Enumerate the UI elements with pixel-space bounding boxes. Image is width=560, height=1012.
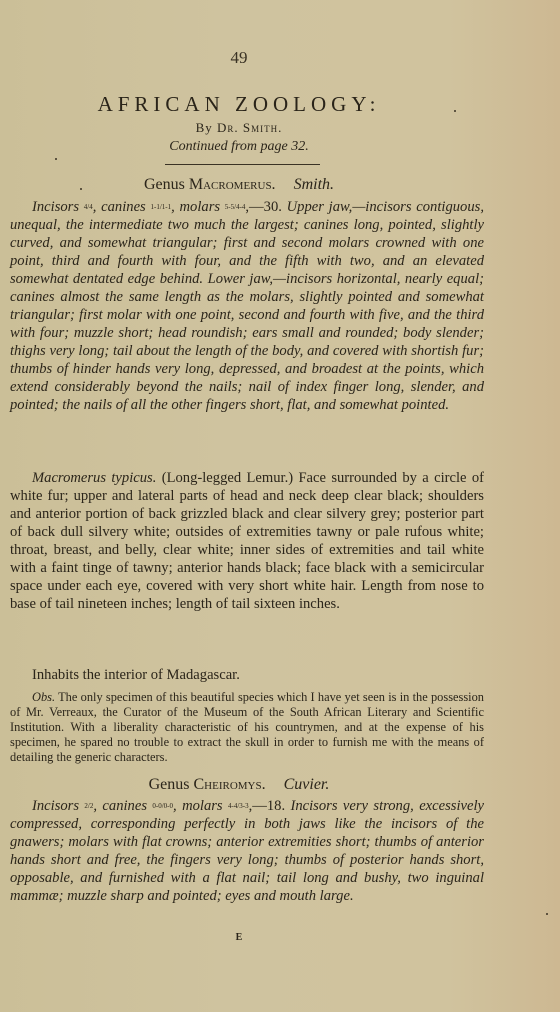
cheiromys-generic-characters: Incisors 2/2, canines 0-0/0-0, molars 4-… bbox=[10, 797, 484, 905]
generic-description: Incisors very strong, excessively compre… bbox=[10, 798, 484, 904]
tooth-total: ,—18. bbox=[249, 798, 285, 814]
generic-description: Upper jaw,—incisors contiguous, unequal,… bbox=[10, 199, 484, 413]
incisors-formula: 2/2 bbox=[84, 803, 93, 810]
genus-heading-cheiromys: Genus Cheiromys. Cuvier. bbox=[0, 776, 478, 794]
print-speck bbox=[80, 188, 82, 190]
genus-label: Genus bbox=[144, 176, 185, 193]
genus-label: Genus bbox=[149, 776, 190, 793]
incisors-label: Incisors bbox=[32, 798, 79, 814]
print-speck bbox=[546, 913, 548, 915]
signature-mark: E bbox=[0, 932, 478, 943]
print-speck bbox=[55, 158, 57, 160]
species-habitat: Inhabits the interior of Madagascar. bbox=[10, 666, 484, 684]
genus-authority: Cuvier. bbox=[284, 776, 330, 793]
tooth-total: ,—30. bbox=[245, 199, 281, 215]
canines-formula: 0-0/0-0 bbox=[152, 803, 173, 810]
molars-label: molars bbox=[180, 199, 221, 215]
species-text: Face surrounded by a circle of white fur… bbox=[10, 470, 484, 612]
observation-note: Obs. The only specimen of this beautiful… bbox=[10, 690, 484, 765]
book-page: 49 AFRICAN ZOOLOGY: By Dr. Smith. Contin… bbox=[0, 0, 560, 1012]
title-divider bbox=[165, 164, 320, 165]
obs-text: The only specimen of this beautiful spec… bbox=[10, 690, 484, 764]
species-name: Macromerus typicus. bbox=[32, 470, 156, 486]
genus-name: Macromerus. bbox=[189, 176, 276, 193]
species-description: Macromerus typicus. (Long-legged Lemur.)… bbox=[10, 469, 484, 613]
macromerus-generic-characters: Incisors 4/4, canines 1-1/1-1, molars 5-… bbox=[10, 198, 484, 414]
habitat-text: Inhabits the interior of Madagascar. bbox=[32, 667, 240, 683]
species-common-name: (Long-legged Lemur.) bbox=[162, 470, 293, 486]
continued-note: Continued from page 32. bbox=[0, 139, 478, 155]
byline-prefix: By bbox=[196, 120, 213, 135]
canines-label: canines bbox=[101, 199, 146, 215]
genus-name: Cheiromys. bbox=[193, 776, 265, 793]
canines-formula: 1-1/1-1 bbox=[150, 204, 171, 211]
incisors-formula: 4/4 bbox=[84, 204, 93, 211]
print-speck bbox=[454, 110, 456, 112]
genus-authority: Smith. bbox=[294, 176, 334, 193]
molars-formula: 4-4/3-3 bbox=[228, 803, 249, 810]
obs-label: Obs. bbox=[32, 690, 55, 704]
author-name: Dr. Smith. bbox=[217, 120, 282, 135]
genus-heading-macromerus: Genus Macromerus. Smith. bbox=[0, 176, 478, 194]
molars-label: molars bbox=[182, 798, 223, 814]
molars-formula: 5-5/4-4 bbox=[225, 204, 246, 211]
incisors-label: Incisors bbox=[32, 199, 79, 215]
article-title: AFRICAN ZOOLOGY: bbox=[0, 92, 478, 117]
byline: By Dr. Smith. bbox=[0, 120, 478, 136]
canines-label: canines bbox=[102, 798, 147, 814]
page-number: 49 bbox=[0, 48, 478, 68]
